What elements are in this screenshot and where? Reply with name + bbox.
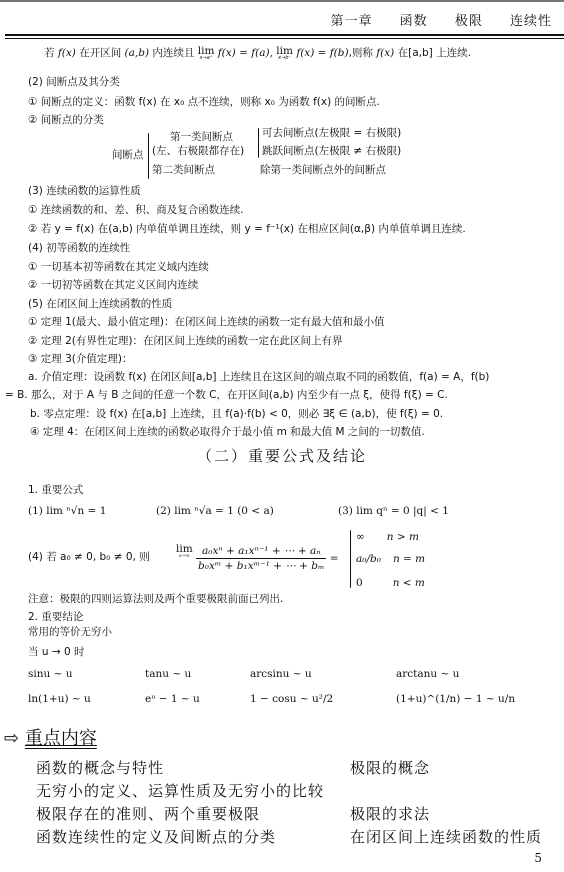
formula-1: (1) lim ⁿ√n = 1 bbox=[28, 504, 106, 518]
formula-text: (1) lim ⁿ√n = 1 bbox=[28, 505, 106, 517]
key-item: 函数的概念与特性 bbox=[36, 757, 164, 778]
key-item: 极限存在的准则、两个重要极限 bbox=[36, 803, 260, 824]
math: f(x) bbox=[58, 47, 76, 59]
math: f(x) = f(b) bbox=[296, 47, 348, 59]
subsection-3: (3) 连续函数的运算性质 bbox=[28, 184, 141, 198]
equiv-ln: ln(1+u) ~ u bbox=[28, 692, 91, 706]
formula-text: (2) lim ⁿ√a = 1 (0 < a) bbox=[156, 505, 274, 517]
key-item: 极限的概念 bbox=[350, 757, 430, 778]
equiv-title: 常用的等价无穷小 bbox=[28, 625, 112, 639]
formula-4-premise: (4) 若 a₀ ≠ 0, b₀ ≠ 0, 则 bbox=[28, 550, 150, 564]
subsection-5: (5) 在闭区间上连续函数的性质 bbox=[28, 297, 172, 311]
theorem-2: ② 定理 2(有界性定理)：在闭区间上连续的函数一定在此区间上有界 bbox=[28, 334, 342, 348]
closed-interval-continuity-line: 若 f(x) 在开区间 (a,b) 内连续且 limx→a⁺ f(x) = f(… bbox=[44, 46, 471, 61]
header-topic-continuity: 连续性 bbox=[510, 14, 552, 29]
header-topic-function: 函数 bbox=[400, 14, 428, 29]
header-rule bbox=[5, 34, 564, 36]
top-border bbox=[0, 0, 564, 2]
text: 上连续. bbox=[436, 47, 471, 59]
text: 在[a,b] bbox=[398, 47, 433, 59]
equiv-condition: 当 u → 0 时 bbox=[28, 645, 84, 659]
brace-right bbox=[258, 128, 259, 158]
arith-property-2: ② 若 y = f(x) 在(a,b) 内单值单调且连续，则 y = f⁻¹(x… bbox=[28, 222, 466, 236]
tree-second-desc: 除第一类间断点外的间断点 bbox=[260, 163, 386, 177]
tree-removable: 可去间断点(左极限 = 右极限) bbox=[262, 126, 401, 140]
zero-point-theorem: b. 零点定理：设 f(x) 在[a,b] 上连续，且 f(a)·f(b) < … bbox=[30, 407, 443, 421]
tree-root: 间断点 bbox=[112, 148, 144, 162]
numerator: a₀xⁿ + a₁xⁿ⁻¹ + ⋯ + aₙ bbox=[196, 544, 326, 559]
text: 内连续且 bbox=[152, 47, 194, 59]
tree-second-kind: 第二类间断点 bbox=[152, 163, 215, 177]
key-item: 函数连续性的定义及间断点的分类 bbox=[36, 826, 276, 847]
elementary-1: ① 一切基本初等函数在其定义域内连续 bbox=[28, 260, 209, 274]
arrow-right-icon: ⇨ bbox=[4, 728, 19, 749]
section-title: （二）重要公式及结论 bbox=[0, 445, 564, 466]
case-less: 0n < m bbox=[356, 576, 425, 590]
text: ,则称 bbox=[349, 47, 373, 59]
equiv-arctan: arctanu ~ u bbox=[396, 667, 459, 681]
limit-left: limx→b⁻ bbox=[276, 46, 293, 61]
discontinuity-classification: ② 间断点的分类 bbox=[28, 113, 104, 127]
tree-jump: 跳跃间断点(左极限 ≠ 右极限) bbox=[262, 144, 401, 158]
header-rule-thin bbox=[5, 38, 564, 39]
text: 在开区间 bbox=[79, 47, 121, 59]
running-header: 第一章 函数 极限 连续性 bbox=[309, 10, 552, 29]
intermediate-value-a: a. 介值定理：设函数 f(x) 在闭区间[a,b] 上连续且在这区间的端点取不… bbox=[28, 370, 489, 384]
equiv-arcsin: arcsinu ~ u bbox=[250, 667, 312, 681]
cases-brace bbox=[350, 530, 351, 588]
limit-right: limx→a⁺ bbox=[198, 46, 215, 61]
key-item: 在闭区间上连续函数的性质 bbox=[350, 826, 542, 847]
theorem-3: ③ 定理 3(介值定理)： bbox=[28, 352, 132, 366]
tree-first-kind-note: (左、右极限都存在) bbox=[152, 144, 244, 158]
case-greater: ∞n > m bbox=[356, 530, 419, 544]
note: 注意：极限的四则运算法则及两个重要极限前面已列出. bbox=[28, 592, 283, 606]
formula-3: (3) lim qⁿ = 0 |q| < 1 bbox=[338, 504, 449, 518]
key-item: 极限的求法 bbox=[350, 803, 430, 824]
math: f(x) bbox=[376, 47, 394, 59]
math: f(x) = f(a), bbox=[218, 47, 273, 59]
subsection-2: (2) 间断点及其分类 bbox=[28, 75, 120, 89]
heading-conclusions: 2. 重要结论 bbox=[28, 610, 83, 624]
key-item: 无穷小的定义、运算性质及无穷小的比较 bbox=[36, 780, 324, 801]
equiv-root: (1+u)^(1/n) − 1 ~ u/n bbox=[396, 692, 515, 706]
heading-formulas: 1. 重要公式 bbox=[28, 483, 83, 497]
discontinuity-definition: ① 间断点的定义：函数 f(x) 在 x₀ 点不连续，则称 x₀ 为函数 f(x… bbox=[28, 95, 380, 109]
formula-2: (2) lim ⁿ√a = 1 (0 < a) bbox=[156, 504, 274, 518]
subsection-4: (4) 初等函数的连续性 bbox=[28, 241, 130, 255]
header-topic-limit: 极限 bbox=[455, 14, 483, 29]
key-content-heading: ⇨ 重点内容 bbox=[4, 724, 97, 750]
page-number: 5 bbox=[534, 851, 542, 865]
brace-left bbox=[148, 133, 149, 179]
equiv-sin: sinu ~ u bbox=[28, 667, 73, 681]
equiv-tan: tanu ~ u bbox=[145, 667, 191, 681]
key-title: 重点内容 bbox=[25, 728, 97, 749]
rational-fraction: a₀xⁿ + a₁xⁿ⁻¹ + ⋯ + aₙ b₀xᵐ + b₁xᵐ⁻¹ + ⋯… bbox=[196, 544, 326, 573]
tree-first-kind: 第一类间断点 bbox=[170, 130, 233, 144]
elementary-2: ② 一切初等函数在其定义区间内连续 bbox=[28, 278, 198, 292]
case-equal: a₀/b₀n = m bbox=[356, 552, 425, 566]
formula-text: (3) lim qⁿ = 0 |q| < 1 bbox=[338, 505, 449, 517]
math: (a,b) bbox=[125, 47, 150, 59]
text: 若 bbox=[44, 47, 55, 59]
arith-property-1: ① 连续函数的和、差、积、商及复合函数连续. bbox=[28, 203, 244, 217]
equiv-cos: 1 − cosu ~ u²/2 bbox=[250, 692, 333, 706]
denominator: b₀xᵐ + b₁xᵐ⁻¹ + ⋯ + bₘ bbox=[196, 559, 326, 573]
header-chapter: 第一章 bbox=[331, 14, 373, 29]
theorem-4: ④ 定理 4：在闭区间上连续的函数必取得介于最小值 m 和最大值 M 之间的一切… bbox=[30, 425, 425, 439]
equiv-exp: eᵘ − 1 ~ u bbox=[145, 692, 200, 706]
intermediate-value-a-cont: = B. 那么，对于 A 与 B 之间的任意一个数 C，在开区间(a,b) 内至… bbox=[5, 388, 448, 402]
theorem-1: ① 定理 1(最大、最小值定理)：在闭区间上连续的函数一定有最大值和最小值 bbox=[28, 315, 384, 329]
limit-operator: limx→∞ bbox=[176, 544, 193, 559]
formula-4: limx→∞ a₀xⁿ + a₁xⁿ⁻¹ + ⋯ + aₙ b₀xᵐ + b₁x… bbox=[176, 544, 339, 573]
